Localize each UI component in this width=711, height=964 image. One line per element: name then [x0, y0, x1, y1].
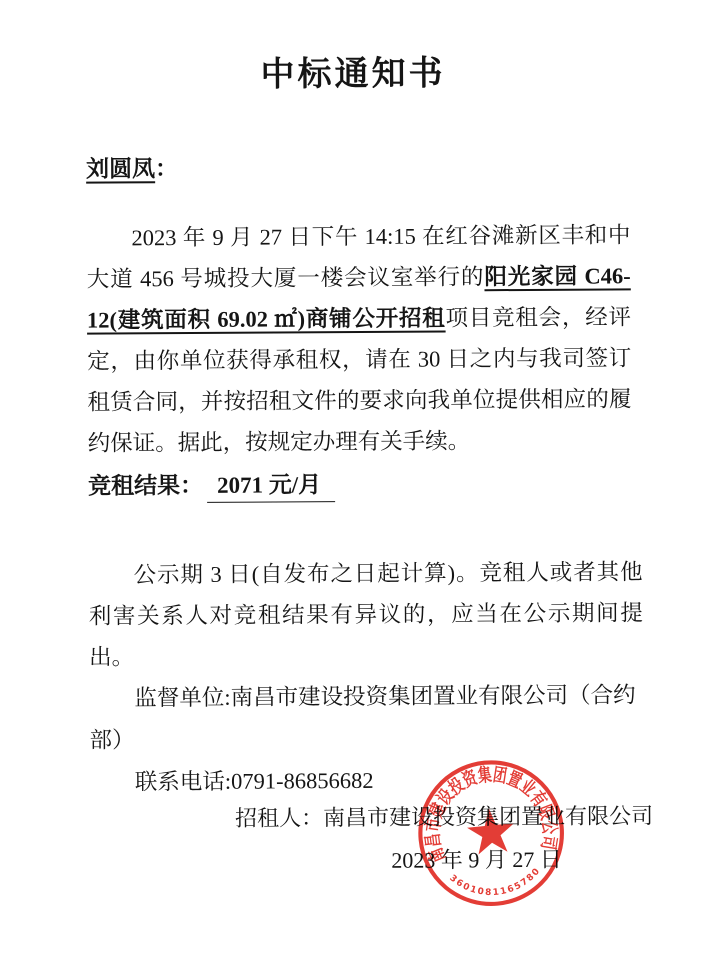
- seal-star-icon: [465, 806, 516, 855]
- main-body-paragraph: 2023 年 9 月 27 日下午 14:15 在红谷滩新区丰和中大道 456 …: [86, 214, 631, 463]
- document-sheet: 中标通知书 刘圆凤： 2023 年 9 月 27 日下午 14:15 在红谷滩新…: [0, 0, 711, 964]
- bid-result-line: 竞租结果：2071 元/月: [88, 466, 335, 504]
- document-title: 中标通知书: [0, 44, 709, 97]
- recipient-salutation: 刘圆凤：: [86, 150, 178, 184]
- bid-result-label: 竞租结果：: [88, 473, 203, 499]
- lessor-label: 招租人：: [235, 805, 323, 831]
- seal-graphic: 南昌市建设投资集团置业有限公司 3601081165780: [405, 747, 577, 919]
- bid-result-value: 2071 元/月: [207, 466, 335, 503]
- public-notice-paragraph: 公示期 3 日(自发布之日起计算)。竞租人或者其他利害关系人对竞租结果有异议的，…: [88, 551, 643, 677]
- notice-document-page: 中标通知书 刘圆凤： 2023 年 9 月 27 日下午 14:15 在红谷滩新…: [0, 0, 711, 964]
- recipient-name: 刘圆凤: [86, 156, 155, 181]
- company-round-seal: 南昌市建设投资集团置业有限公司 3601081165780: [405, 747, 577, 919]
- salutation-colon: ：: [155, 156, 178, 181]
